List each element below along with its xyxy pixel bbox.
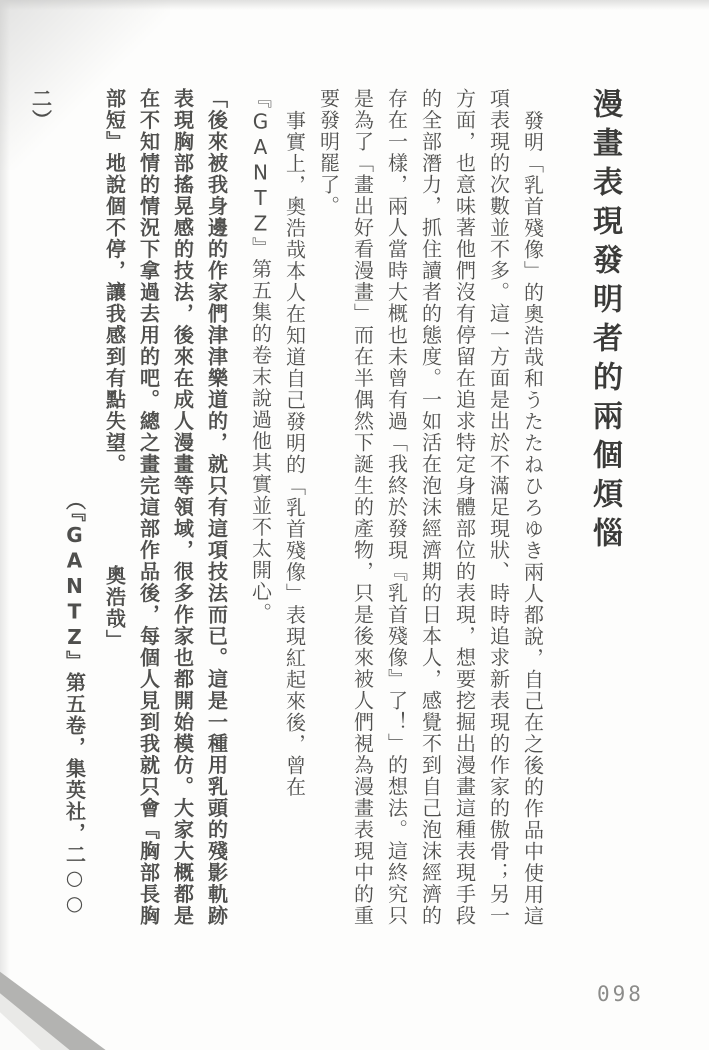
paragraph-1: 發明「乳首殘像」的奧浩哉和うたたねひろゆき兩人都說，自己在之後的作品中使用這項表… <box>312 88 550 940</box>
quote-citation: （『GANTZ』第五卷，集英社，二○○二） <box>24 88 92 940</box>
page-number: 098 <box>597 982 644 1006</box>
article: 漫畫表現發明者的兩個煩惱 發明「乳首殘像」的奧浩哉和うたたねひろゆき兩人都說，自… <box>24 88 630 940</box>
article-title: 漫畫表現發明者的兩個煩惱 <box>580 88 630 940</box>
torn-page-corner <box>0 915 120 1050</box>
paragraph-2: 事實上，奧浩哉本人在知道自己發明的「乳首殘像」表現紅起來後，曾在『GANTZ』第… <box>244 88 312 940</box>
book-page: 漫畫表現發明者的兩個煩惱 發明「乳首殘像」的奧浩哉和うたたねひろゆき兩人都說，自… <box>0 0 709 1050</box>
quote-block: 「後來被我身邊的作家們津津樂道的，就只有這項技法而已。這是一種用乳頭的殘影軌跡表… <box>98 88 234 940</box>
quote-attribution: 奧浩哉」 <box>103 565 127 651</box>
quote-text: 「後來被我身邊的作家們津津樂道的，就只有這項技法而已。這是一種用乳頭的殘影軌跡表… <box>103 88 229 927</box>
